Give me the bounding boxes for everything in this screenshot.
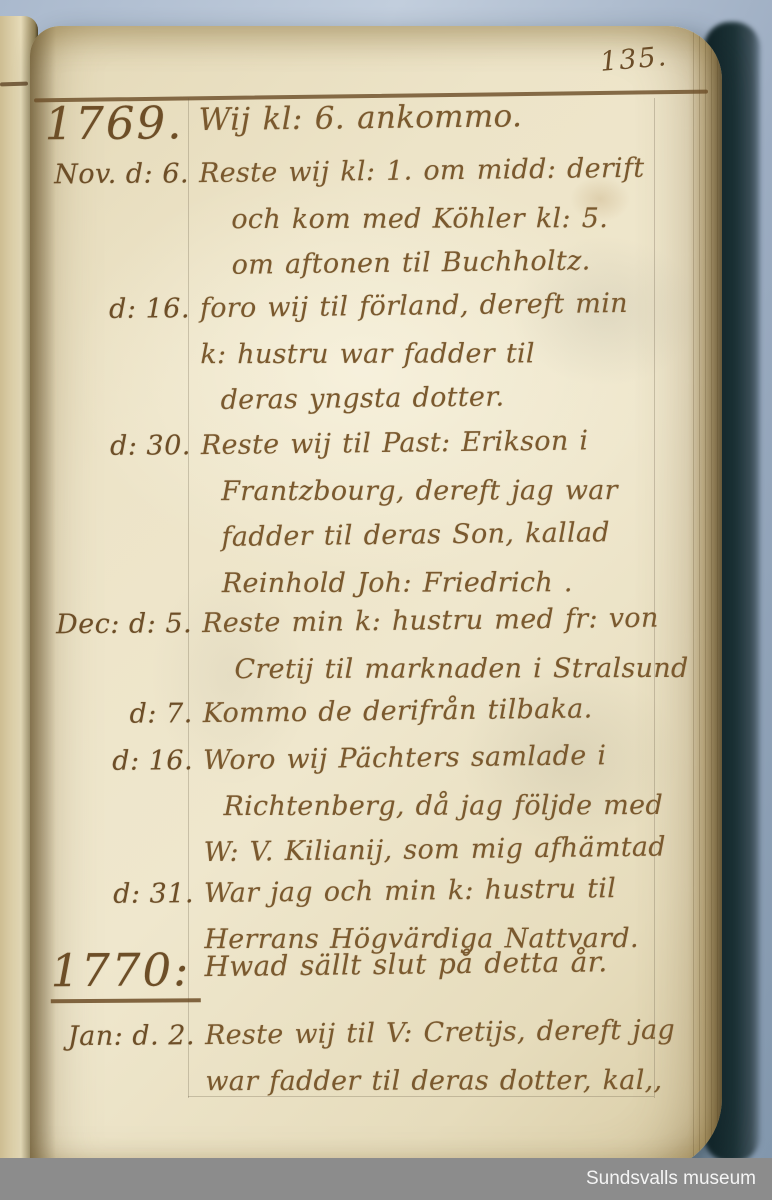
entry-date-margin: d: 31.: [48, 871, 194, 918]
entry-text-line: fadder til deras Son, kallad: [201, 509, 674, 561]
entry-text-line: war fadder til deras dotter, kal,,: [205, 1058, 677, 1105]
diary-entries: 1769. Wij kl: 6. ankommo. Nov. d: 6. Res…: [42, 26, 698, 1172]
diary-entry: 1770: Hwad sällt slut på detta år.: [48, 941, 676, 991]
entry-body: Reste wij til V: Cretijs, dereft jag war…: [205, 1010, 678, 1105]
diary-entry: d: 16. foro wij til förland, dereft min …: [44, 283, 673, 425]
entry-date-margin: Jan: d. 2.: [49, 1013, 195, 1060]
entry-text-line: Reste wij til Past: Erikson i: [201, 417, 674, 469]
entry-text-line: Frantzbourg, dereft jag war: [201, 468, 673, 515]
entry-text-line: Wij kl: 6. ankommo.: [198, 91, 671, 143]
entry-text-line: Reste wij til V: Cretijs, dereft jag: [205, 1007, 678, 1059]
entry-date-margin: d: 7.: [47, 691, 193, 738]
previous-page-ruled-line: [0, 82, 28, 87]
diary-page: 135. 1769. Wij kl: 6. ankommo. Nov. d: 6…: [30, 26, 722, 1172]
entry-text-line: och kom med Köhler kl: 5.: [199, 196, 671, 243]
entry-body: foro wij til förland, dereft min k: hust…: [200, 283, 673, 424]
entry-body: Kommo de derifrån tilbaka.: [203, 688, 675, 737]
museum-credit: Sundsvalls museum: [586, 1168, 756, 1190]
diary-entry: Jan: d. 2. Reste wij til V: Cretijs, der…: [49, 1010, 678, 1106]
entry-body: Woro wij Pächters samlade i Richtenberg,…: [203, 735, 676, 876]
entry-text-line: Hwad sällt slut på detta år.: [204, 938, 677, 990]
entry-year-label: 1769.: [44, 97, 190, 150]
entry-text-line: Woro wij Pächters samlade i: [203, 732, 676, 784]
entry-date-margin: d: 30.: [45, 423, 191, 470]
diary-entry: Nov. d: 6. Reste wij kl: 1. om midd: der…: [43, 148, 672, 290]
diary-entry: d: 30. Reste wij til Past: Erikson i Fra…: [45, 420, 674, 608]
entry-date-margin: Nov. d: 6.: [43, 151, 189, 198]
photo-backdrop: 135. 1769. Wij kl: 6. ankommo. Nov. d: 6…: [0, 0, 772, 1200]
entry-body: Reste wij kl: 1. om midd: derift och kom…: [199, 148, 672, 289]
entry-text-line: War jag och min k: hustru til: [204, 865, 677, 917]
entry-text-line: k: hustru war fadder til: [200, 331, 672, 378]
diary-entry: d: 7. Kommo de derifrån tilbaka.: [47, 688, 675, 738]
entry-date-margin: d: 16.: [47, 738, 193, 785]
entry-body: Reste wij til Past: Erikson i Frantzbour…: [201, 420, 674, 607]
entry-text-line: Richtenberg, då jag följde med: [203, 783, 675, 830]
entry-text-line: Kommo de derifrån tilbaka.: [203, 685, 676, 737]
entry-body: Reste min k: hustru med fr: von Cretij t…: [202, 598, 675, 693]
entry-date-margin: d: 16.: [44, 286, 190, 333]
entry-text-line: Reste min k: hustru med fr: von: [202, 595, 675, 647]
entry-text-line: Reste wij kl: 1. om midd: derift: [199, 145, 672, 197]
diary-entry: Dec: d: 5. Reste min k: hustru med fr: v…: [46, 598, 675, 694]
entry-body: Hwad sällt slut på detta år.: [204, 941, 676, 990]
entry-year-label: 1770:: [50, 944, 200, 1003]
entry-body: Wij kl: 6. ankommo.: [198, 94, 670, 143]
credit-bar: Sundsvalls museum: [0, 1158, 772, 1200]
entry-date-margin: Dec: d: 5.: [46, 601, 192, 648]
entry-text-line: deras yngsta dotter.: [200, 372, 673, 424]
diary-entry: 1769. Wij kl: 6. ankommo.: [42, 94, 670, 144]
diary-entry: d: 16. Woro wij Pächters samlade i Richt…: [47, 735, 676, 877]
entry-text-line: foro wij til förland, dereft min: [200, 280, 673, 332]
